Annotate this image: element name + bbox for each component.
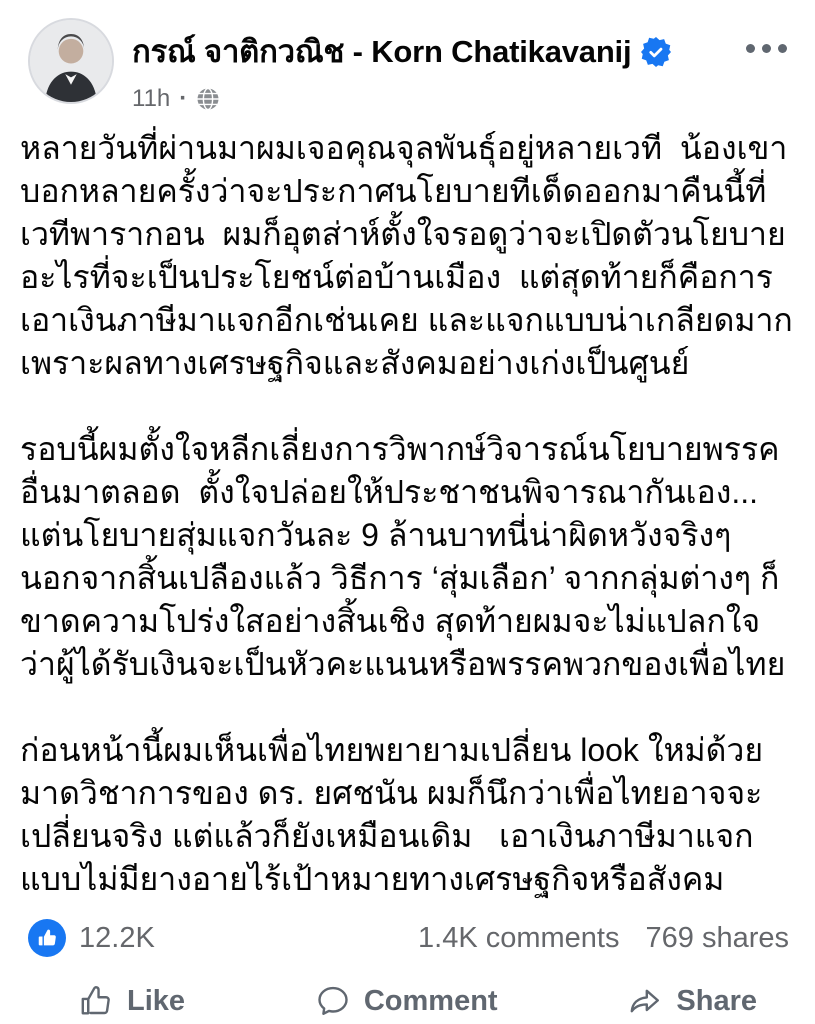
share-arrow-icon xyxy=(627,983,663,1019)
post-paragraph: รอบนี้ผมตั้งใจหลีกเลี่ยงการวิพากษ์วิจารณ… xyxy=(20,428,795,686)
timestamp[interactable]: 11h xyxy=(132,85,170,113)
engagement-bar: 12.2K 1.4K comments 769 shares xyxy=(0,901,815,957)
reactions-count[interactable]: 12.2K xyxy=(79,922,155,955)
ellipsis-icon xyxy=(746,44,755,53)
post-paragraph: หลายวันที่ผ่านมาผมเจอคุณจุลพันธุ์อยู่หลา… xyxy=(20,127,795,385)
thumbs-up-filled-icon xyxy=(36,927,58,949)
comment-label: Comment xyxy=(364,985,498,1018)
shares-count[interactable]: 769 shares xyxy=(646,922,790,955)
speech-bubble-icon xyxy=(315,983,351,1019)
avatar-photo xyxy=(30,20,112,102)
comment-button[interactable]: Comment xyxy=(315,983,498,1019)
share-label: Share xyxy=(676,985,757,1018)
thumbs-up-outline-icon xyxy=(78,983,114,1019)
avatar[interactable] xyxy=(28,18,114,104)
comments-count[interactable]: 1.4K comments xyxy=(418,922,619,955)
like-reaction-badge[interactable] xyxy=(28,919,66,957)
post-paragraph: ก่อนหน้านี้ผมเห็นเพื่อไทยพยายามเปลี่ยน l… xyxy=(20,729,795,901)
dot-separator: · xyxy=(179,85,187,113)
post-header: กรณ์ จาติกวณิช - Korn Chatikavanij 11h · xyxy=(0,0,815,113)
like-button[interactable]: Like xyxy=(78,983,185,1019)
facebook-post: กรณ์ จาติกวณิช - Korn Chatikavanij 11h · xyxy=(0,0,815,1024)
like-label: Like xyxy=(127,985,185,1018)
profile-name[interactable]: กรณ์ จาติกวณิช - Korn Chatikavanij xyxy=(132,26,631,76)
share-button[interactable]: Share xyxy=(627,983,757,1019)
post-body: หลายวันที่ผ่านมาผมเจอคุณจุลพันธุ์อยู่หลา… xyxy=(0,113,815,901)
name-row: กรณ์ จาติกวณิช - Korn Chatikavanij xyxy=(132,26,736,76)
header-info: กรณ์ จาติกวณิช - Korn Chatikavanij 11h · xyxy=(132,18,736,113)
verified-badge-icon xyxy=(641,37,671,67)
action-bar: Like Comment Share xyxy=(0,957,815,1019)
post-menu-button[interactable] xyxy=(736,18,791,63)
meta-row: 11h · xyxy=(132,85,736,113)
globe-icon xyxy=(196,87,220,111)
